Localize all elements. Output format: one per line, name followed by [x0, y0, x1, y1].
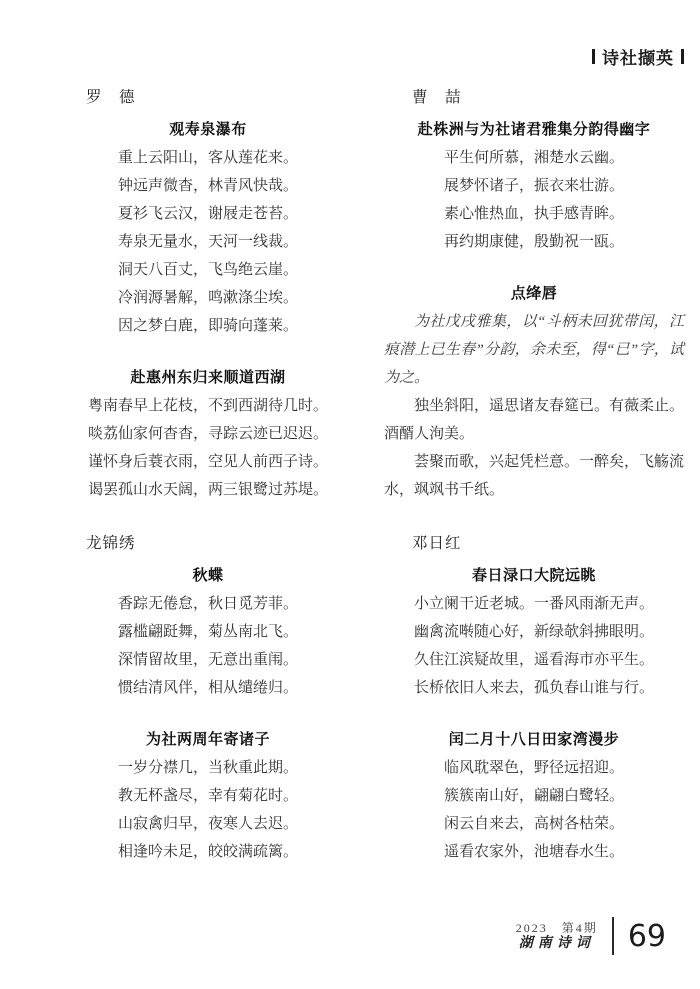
poem-line: 粤南春早上花枝，不到西湖待几时。 [58, 392, 358, 420]
left-column: 罗 德 观寿泉瀑布 重上云阳山，客从莲花来。钟远声微杳，林青风快哉。夏衫飞云汉，… [58, 84, 358, 866]
poem-line: 相逢吟未足，皎皎满疏篱。 [58, 838, 358, 866]
poem-lines: 一岁分襟几，当秋重此期。教无杯盏尽，幸有菊花时。山寂禽归早，夜寒人去迟。相逢吟未… [58, 754, 358, 866]
poem: 赴株洲与为社诸君雅集分韵得幽字 平生何所慕，湘楚水云幽。展梦怀诸子，振衣来壮游。… [384, 116, 684, 256]
poem-line: 谨怀身后蓑衣雨，空见人前西子诗。 [58, 448, 358, 476]
poem-line: 寿泉无量水，天河一线裁。 [58, 228, 358, 256]
author-section: 邓日红 春日渌口大院远眺 小立阑干近老城。一番风雨渐无声。幽禽流啭随心好，新绿欹… [384, 530, 684, 866]
poem: 赴惠州东归来顺道西湖 粤南春早上花枝，不到西湖待几时。啖荔仙家何杳杳，寻踪云迹已… [58, 364, 358, 504]
page-number: 69 [628, 919, 666, 954]
poem-lines: 平生何所慕，湘楚水云幽。展梦怀诸子，振衣来壮游。素心惟热血，执手感青眸。再约期康… [384, 144, 684, 256]
issue-info: 2023 第4期 湖南诗词 [516, 920, 598, 952]
poem-lines: 粤南春早上花枝，不到西湖待几时。啖荔仙家何杳杳，寻踪云迹已迟迟。谨怀身后蓑衣雨，… [58, 392, 358, 504]
poem-line: 长桥依旧人来去，孤负春山谁与行。 [384, 674, 684, 702]
header-bar-right [681, 49, 684, 64]
poem-title: 秋蝶 [58, 562, 358, 590]
author-name: 邓日红 [412, 530, 684, 558]
poem-preface: 为社戊戌雅集，以“斗柄未回犹带闰，江痕潜上已生春”分韵，余未至，得“已”字，试为… [384, 308, 684, 392]
journal-page: 诗社撷英 罗 德 观寿泉瀑布 重上云阳山，客从莲花来。钟远声微杳，林青风快哉。夏… [0, 0, 700, 989]
page-footer: 2023 第4期 湖南诗词 69 [516, 917, 666, 955]
poem-title: 春日渌口大院远眺 [384, 562, 684, 590]
poem-paragraphs: 独坐斜阳，遥思诸友春筵已。有薇柔止。酒醑人洵美。荟聚而歌，兴起凭栏意。一醉矣，飞… [384, 392, 684, 504]
poem-line: 教无杯盏尽，幸有菊花时。 [58, 782, 358, 810]
poem-line: 临风耽翠色，野径远招迎。 [384, 754, 684, 782]
poem-line: 洞天八百丈，飞鸟绝云崖。 [58, 256, 358, 284]
poem-title: 为社两周年寄诸子 [58, 726, 358, 754]
author-name: 曹 喆 [412, 84, 684, 112]
poem-lines: 小立阑干近老城。一番风雨渐无声。幽禽流啭随心好，新绿欹斜拂眼明。久住江滨疑故里，… [384, 590, 684, 702]
poem-line: 重上云阳山，客从莲花来。 [58, 144, 358, 172]
poem-line: 因之梦白鹿，即骑向蓬莱。 [58, 312, 358, 340]
poem: 点绛唇 为社戊戌雅集，以“斗柄未回犹带闰，江痕潜上已生春”分韵，余未至，得“已”… [384, 280, 684, 504]
poem-line: 山寂禽归早，夜寒人去迟。 [58, 810, 358, 838]
poem: 春日渌口大院远眺 小立阑干近老城。一番风雨渐无声。幽禽流啭随心好，新绿欹斜拂眼明… [384, 562, 684, 702]
poem-line: 香踪无倦怠，秋日觅芳菲。 [58, 590, 358, 618]
poem-title: 赴株洲与为社诸君雅集分韵得幽字 [384, 116, 684, 144]
poem-line: 惯结清风伴，相从缱绻归。 [58, 674, 358, 702]
author-section: 曹 喆 赴株洲与为社诸君雅集分韵得幽字 平生何所慕，湘楚水云幽。展梦怀诸子，振衣… [384, 84, 684, 504]
poem-line: 冷润溽暑解，鸣漱涤尘埃。 [58, 284, 358, 312]
poem: 闰二月十八日田家湾漫步 临风耽翠色，野径远招迎。簇簇南山好，翩翩白鹭轻。闲云自来… [384, 726, 684, 866]
author-name: 龙锦绣 [86, 530, 358, 558]
poem-line: 小立阑干近老城。一番风雨渐无声。 [384, 590, 684, 618]
poem-line: 簇簇南山好，翩翩白鹭轻。 [384, 782, 684, 810]
poem-line: 幽禽流啭随心好，新绿欹斜拂眼明。 [384, 618, 684, 646]
poem: 秋蝶 香踪无倦怠，秋日觅芳菲。露槛翩跹舞，菊丛南北飞。深情留故里，无意出重闱。惯… [58, 562, 358, 702]
section-title: 诗社撷英 [602, 44, 674, 69]
poem-line: 露槛翩跹舞，菊丛南北飞。 [58, 618, 358, 646]
author-section: 龙锦绣 秋蝶 香踪无倦怠，秋日觅芳菲。露槛翩跹舞，菊丛南北飞。深情留故里，无意出… [58, 530, 358, 866]
journal-logo: 湖南诗词 [516, 936, 598, 952]
header-bar-left [592, 49, 595, 64]
poem-line: 遥看农家外，池塘春水生。 [384, 838, 684, 866]
footer-divider [612, 917, 614, 955]
poem-lines: 临风耽翠色，野径远招迎。簇簇南山好，翩翩白鹭轻。闲云自来去，高树各枯荣。遥看农家… [384, 754, 684, 866]
poem-lines: 香踪无倦怠，秋日觅芳菲。露槛翩跹舞，菊丛南北飞。深情留故里，无意出重闱。惯结清风… [58, 590, 358, 702]
poem-line: 再约期康健，殷勤祝一瓯。 [384, 228, 684, 256]
issue-line: 2023 第4期 [516, 920, 598, 936]
poem-line: 素心惟热血，执手感青眸。 [384, 200, 684, 228]
poem-line: 深情留故里，无意出重闱。 [58, 646, 358, 674]
poem: 观寿泉瀑布 重上云阳山，客从莲花来。钟远声微杳，林青风快哉。夏衫飞云汉，谢屐走苍… [58, 116, 358, 340]
page-content: 罗 德 观寿泉瀑布 重上云阳山，客从莲花来。钟远声微杳，林青风快哉。夏衫飞云汉，… [58, 84, 684, 866]
poem-lines: 重上云阳山，客从莲花来。钟远声微杳，林青风快哉。夏衫飞云汉，谢屐走苍苔。寿泉无量… [58, 144, 358, 340]
poem-line: 闲云自来去，高树各枯荣。 [384, 810, 684, 838]
poem-line: 一岁分襟几，当秋重此期。 [58, 754, 358, 782]
poem-line: 平生何所慕，湘楚水云幽。 [384, 144, 684, 172]
poem-title: 点绛唇 [384, 280, 684, 308]
right-column: 曹 喆 赴株洲与为社诸君雅集分韵得幽字 平生何所慕，湘楚水云幽。展梦怀诸子，振衣… [384, 84, 684, 866]
poem-title: 赴惠州东归来顺道西湖 [58, 364, 358, 392]
poem-title: 闰二月十八日田家湾漫步 [384, 726, 684, 754]
poem: 为社两周年寄诸子 一岁分襟几，当秋重此期。教无杯盏尽，幸有菊花时。山寂禽归早，夜… [58, 726, 358, 866]
poem-line: 夏衫飞云汉，谢屐走苍苔。 [58, 200, 358, 228]
section-header: 诗社撷英 [592, 44, 684, 69]
author-section: 罗 德 观寿泉瀑布 重上云阳山，客从莲花来。钟远声微杳，林青风快哉。夏衫飞云汉，… [58, 84, 358, 504]
poem-line: 展梦怀诸子，振衣来壮游。 [384, 172, 684, 200]
poem-title: 观寿泉瀑布 [58, 116, 358, 144]
poem-paragraph: 独坐斜阳，遥思诸友春筵已。有薇柔止。酒醑人洵美。 [384, 392, 684, 448]
poem-line: 啖荔仙家何杳杳，寻踪云迹已迟迟。 [58, 420, 358, 448]
poem-paragraph: 荟聚而歌，兴起凭栏意。一醉矣，飞觞流水，飒飒书千纸。 [384, 448, 684, 504]
poem-line: 谒罢孤山水天阔，两三银鹭过苏堤。 [58, 476, 358, 504]
poem-line: 久住江滨疑故里，遥看海市亦平生。 [384, 646, 684, 674]
poem-line: 钟远声微杳，林青风快哉。 [58, 172, 358, 200]
author-name: 罗 德 [86, 84, 358, 112]
